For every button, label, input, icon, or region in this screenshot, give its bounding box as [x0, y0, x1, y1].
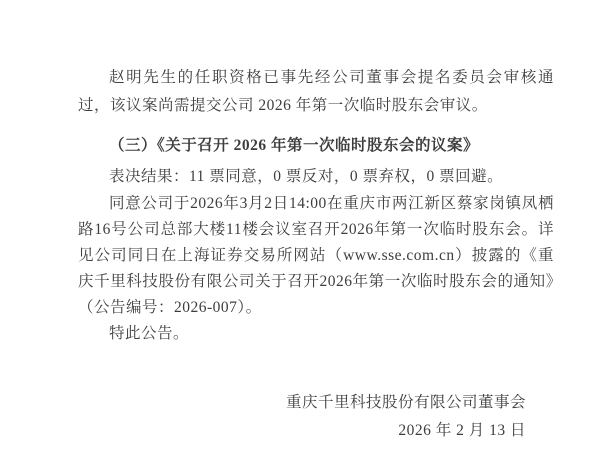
vote-result-line: 表决结果：11 票同意，0 票反对，0 票弃权，0 票回避。: [78, 163, 554, 191]
section-heading: （三）《关于召开 2026 年第一次临时股东会的议案》: [78, 132, 554, 160]
paragraph-meeting-notice: 同意公司于2026年3月2日14:00在重庆市两江新区蔡家岗镇凤栖路16号公司总…: [78, 191, 554, 321]
closing-line: 特此公告。: [78, 321, 554, 347]
paragraph-approval: 赵明先生的任职资格已事先经公司董事会提名委员会审核通过，该议案尚需提交公司 20…: [78, 64, 554, 120]
announcement-document: 赵明先生的任职资格已事先经公司董事会提名委员会审核通过，该议案尚需提交公司 20…: [0, 0, 600, 462]
signature-company: 重庆千里科技股份有限公司董事会: [78, 389, 526, 417]
signature-block: 重庆千里科技股份有限公司董事会 2026 年 2 月 13 日: [78, 389, 526, 445]
signature-date: 2026 年 2 月 13 日: [78, 417, 526, 445]
